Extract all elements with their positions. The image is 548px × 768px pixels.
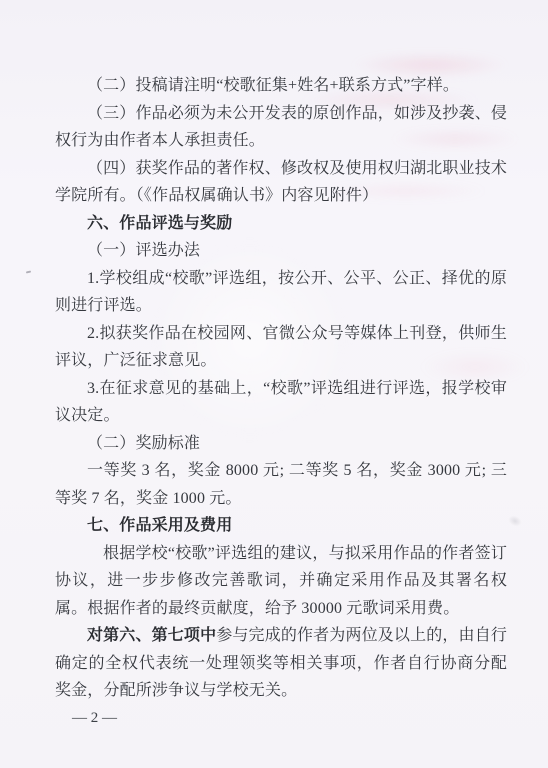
- adoption-fee-paragraph: 根据学校“校歌”评选组的建议，与拟采用作品的作者签订协议，进一步步修改完善歌词，…: [55, 540, 507, 623]
- section-6-sub-2-heading: （二）奖励标准: [55, 430, 507, 458]
- joint-authors-note: 对第六、第七项中参与完成的作者为两位及以上的，由自行确定的全权代表统一处理领奖等…: [55, 622, 507, 705]
- clause-item-2: （二）投稿请注明“校歌征集+姓名+联系方式”字样。: [55, 72, 507, 100]
- scanned-document-page: （二）投稿请注明“校歌征集+姓名+联系方式”字样。 （三）作品必须为未公开发表的…: [0, 0, 548, 768]
- section-7-heading: 七、作品采用及费用: [55, 512, 507, 540]
- section-6-point-2: 2.拟获奖作品在校园网、官微公众号等媒体上刊登，供师生评议，广泛征求意见。: [55, 320, 507, 375]
- section-6-point-1: 1.学校组成“校歌”评选组，按公开、公平、公正、择优的原则进行评选。: [55, 265, 507, 320]
- section-6-heading: 六、作品评选与奖励: [55, 210, 507, 238]
- page-number: — 2 —: [72, 710, 117, 727]
- scan-speck: [26, 271, 31, 274]
- clause-item-4: （四）获奖作品的著作权、修改权及使用权归湖北职业技术学院所有。（《作品权属确认书…: [55, 155, 507, 210]
- joint-authors-note-lead: 对第六、第七项中: [87, 627, 216, 644]
- document-body: （二）投稿请注明“校歌征集+姓名+联系方式”字样。 （三）作品必须为未公开发表的…: [55, 72, 507, 705]
- section-6-sub-1-heading: （一）评选办法: [55, 237, 507, 265]
- clause-item-3: （三）作品必须为未公开发表的原创作品，如涉及抄袭、侵权行为由作者本人承担责任。: [55, 100, 507, 155]
- section-6-point-3: 3.在征求意见的基础上，“校歌”评选组进行评选，报学校审议决定。: [55, 375, 507, 430]
- award-standards-paragraph: 一等奖 3 名，奖金 8000 元; 二等奖 5 名，奖金 3000 元; 三等…: [55, 457, 507, 512]
- scan-smudge: [507, 514, 524, 529]
